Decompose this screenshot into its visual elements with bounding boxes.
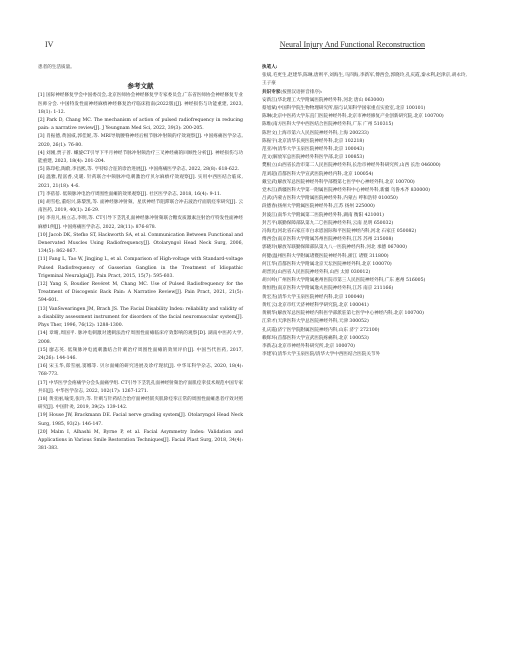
- expert-item: 封吉平(联勤保障部队第九二〇医院神经外科,云南 昆明 650032): [262, 220, 467, 228]
- reference-item: [10] Jacob DK, Stefko ST, Hackworth SA, …: [38, 232, 243, 257]
- expert-item: 吕武(内蒙古医科大学附属医院神经外科,内蒙古 呼和浩特 010050): [262, 195, 467, 203]
- expert-item: 胡兴岭(广州医科大学附属惠州医院市第三人民医院神经外科,广东 惠州 516005…: [262, 277, 467, 285]
- expert-item: 江荣才(天津医科大学总医院神经外科,天津 300052): [262, 318, 467, 326]
- writers-heading: 执笔人:: [262, 64, 467, 72]
- expert-item: 陈振宇(北京清华长庚医院神经外科,北京 102218): [262, 138, 467, 146]
- expert-item: 黄恒胜(南京医科大学附属逸夫医院神经外科,江苏 南京 211166): [262, 285, 467, 293]
- expert-item: 陈世文(上海市第六人民医院神经外科,上海 200233): [262, 130, 467, 138]
- expert-item: 范文(解放军总医院神经外科医学部,北京 100853): [262, 154, 467, 162]
- expert-item: 孔庆霞(济宁医学院附属医院神经内科,山东 济宁 272100): [262, 327, 467, 335]
- reference-item: [5] 陈印松,陶蔚,李昌熙,等. 亨特综合征的诊治进展[J]. 中国疼痛医学杂…: [38, 166, 243, 174]
- expert-item: 胡晋民(山西省人民医院神经外科,山西 太原 030012): [262, 269, 467, 277]
- experts-heading-line: 共识专家(按照汉语拼音排序):: [262, 89, 467, 97]
- reference-list: [1] 国际神经修复学会中国委员会,北京医师协会神经修复学专家委员会,广东省医师…: [38, 92, 243, 453]
- references-title: 参考文献: [38, 82, 243, 90]
- expert-list: 安新江(华北理工大学附属医院神经外科,河北 唐山 063000)蔡旭斌(中国科学…: [262, 97, 467, 360]
- reference-item: [16] 宋玉华,郑雪丽,窦娜等. 贝尔面瘫的研究进展及诊疗现状[J]. 中华耳…: [38, 363, 243, 379]
- expert-item: 冯海光(河北省石家庄市白求恩国际和平医院神经内科,河北 石家庄 050082): [262, 228, 467, 236]
- reference-item: [9] 李育凡,杨立志,李明,等. CT引导下茎乳孔面神经脉冲射频联合糖皮质激素…: [38, 215, 243, 231]
- right-column: 执笔人: 张斌,毛更生,赵建华,陈琳,唐则平,刘海生,马四海,李新军,傅西会,郭…: [262, 64, 467, 359]
- expert-item: 陈维(南方医科大学中西医结合医院神经外科,广东 广州 510315): [262, 121, 467, 129]
- left-column: 患者的生活质量。 参考文献 [1] 国际神经修复学会中国委员会,北京医师协会神经…: [38, 64, 243, 453]
- expert-item: 李新志(北京市神经外科研究所,北京 100070): [262, 343, 467, 351]
- page-header: IV Neural Injury And Functional Reconstr…: [45, 40, 425, 54]
- reference-item: [14] 章晴,周国平. 脉冲电刺激对透刺法治疗周围性面瘫临床疗效影响的观察[D…: [38, 330, 243, 346]
- journal-title: Neural Injury And Functional Reconstruct…: [280, 40, 425, 49]
- reference-item: [15] 廖志英. 低频脉冲电流刺激结合针刺治疗周围性面瘫的效果评价[J]. 中…: [38, 347, 243, 363]
- reference-item: [12] Yang S, Boudier Revéret M, Chang MC…: [38, 281, 243, 306]
- writers-list: 张斌,毛更生,赵建华,陈琳,唐则平,刘海生,马四海,李新军,傅西会,郭晓玲,孔庆…: [262, 72, 467, 88]
- expert-item: 黄红云(北京市红天济神经科学研究院,北京 100041): [262, 302, 467, 310]
- expert-item: 陈琳(北京中医药大学东直门医院神经外科,北京市神经修复产业创新研究院,北京 10…: [262, 113, 467, 121]
- reference-item: [20] Malm I, Alhashi M, Byrne P, et al. …: [38, 429, 243, 454]
- reference-item: [7] 李蓓蓓. 低频脉冲电治疗周围性面瘫的效果观察[J]. 社区医学杂志, 2…: [38, 191, 243, 199]
- expert-item: 李建军(清华大学玉泉医院/清华大学中西医结合医院关节外: [262, 351, 467, 359]
- expert-item: 傅西会(南京医科大学附属苏州医院神经外科,江苏 苏州 215008): [262, 236, 467, 244]
- expert-item: 范刘超(首都医科大学宣武医院神经内科,北京 100054): [262, 171, 467, 179]
- reference-item: [17] 中华医学会疼痛学分会头面痛学组. CT引导下茎乳孔面神经射频治疗面肌痉…: [38, 380, 243, 396]
- reference-item: [19] House JW, Brackmann DE. Facial nerv…: [38, 412, 243, 428]
- expert-item: 樊根立(山西省长治市第二人民医院神经外科,长治市神经外科研究所,山西 长治 04…: [262, 162, 467, 170]
- expert-item: 段德春(扬州大学附属医院神经外科,江苏 扬州 225000): [262, 203, 467, 211]
- reference-item: [11] Fang L, Tao W, Jingjing L, et al. C…: [38, 256, 243, 281]
- reference-item: [3] 肖振德,黄国威,郭佳妮,等. MRI导航腰脊神经后根节脉冲射频的疗效观察…: [38, 133, 243, 149]
- reference-item: [18] 黄亚丽,喻雯,张玲,等. 针刺与针药结合治疗面神经嵌夹肌除痉挛正常的周…: [38, 396, 243, 412]
- intro-text: 患者的生活质量。: [38, 64, 243, 72]
- expert-item: 封波江(南华大学附属第二医院神经外科,湖南 衡阳 421001): [262, 212, 467, 220]
- expert-item: 范亚冲(清华大学玉泉医院神经外科,北京 100043): [262, 146, 467, 154]
- reference-item: [1] 国际神经修复学会中国委员会,北京医师协会神经修复学专家委员会,广东省医师…: [38, 92, 243, 117]
- expert-item: 蔡旭斌(中国科学院生物物理研究所,脑与认知科学国家重点实验室,北京 100101…: [262, 105, 467, 113]
- reference-item: [8] 胡雪松,董绍兴,陈黎凯,等. 面神经脉冲射频、星状神经节阻滞联合冲击波治…: [38, 199, 243, 215]
- expert-item: 戴宝武(解放军总医院神经外科学部暨第七医学中心神经外科,北京 100700): [262, 179, 467, 187]
- expert-item: 何江华(首都医科大学附属北京天坛医院神经外科,北京 100070): [262, 261, 467, 269]
- expert-item: 黄宏杰(清华大学玉泉医院神经内科,北京 100040): [262, 294, 467, 302]
- experts-heading: 共识专家: [262, 90, 280, 95]
- experts-note: (按照汉语拼音排序):: [280, 90, 322, 95]
- expert-item: 何健(温州医科大学附属诸暨医院神经外科,浙江 诸暨 311800): [262, 253, 467, 261]
- reference-item: [6] 温雅,程富香,史暖. 针药联合中频脉冲电刺激治疗贝尔麻痹疗效观察[J].…: [38, 174, 243, 190]
- expert-item: 赖辉环(首都医科大学宣武医院疼痛科,北京 100053): [262, 335, 467, 343]
- reference-item: [4] 刘刚,贾子普. 螺旋CT引导下半月神经节脉冲射频治疗三叉神经痛的回顾性分…: [38, 150, 243, 166]
- reference-item: [13] VanSwearingen JM, Brach JS. The Fac…: [38, 306, 243, 331]
- expert-item: 黄朝华(解放军总医院神经内科医学部派驻第七医学中心神经内科,北京 100700): [262, 310, 467, 318]
- page-number: IV: [45, 40, 53, 49]
- expert-item: 郭晓玲(解放军联勤保障部队第九八一医院神经内科,河北 承德 067000): [262, 244, 467, 252]
- expert-item: 党木江(新疆医科大学第一附属医院神经外科中心神经外科,新疆 乌鲁木齐 83000…: [262, 187, 467, 195]
- reference-item: [2] Park D, Chang MC. The mechanism of a…: [38, 117, 243, 133]
- expert-item: 安新江(华北理工大学附属医院神经外科,河北 唐山 063000): [262, 97, 467, 105]
